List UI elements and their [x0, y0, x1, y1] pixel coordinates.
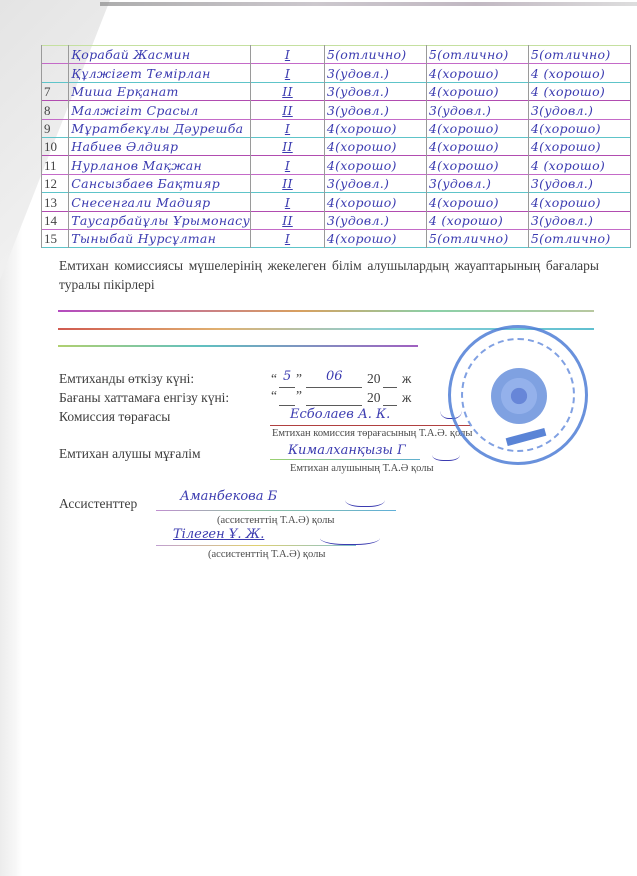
row-number: 9	[44, 121, 51, 136]
grade-1-cell: 4(хорошо)	[324, 156, 426, 174]
comments-heading: Емтихан комиссиясы мүшелерінің жекелеген…	[59, 256, 599, 294]
group-level-cell: II	[251, 82, 325, 100]
row-number-cell: 8	[42, 101, 69, 119]
assistant-2-line	[156, 545, 356, 546]
protocol-day-line	[279, 405, 295, 406]
grade-2-cell: 4(хорошо)	[426, 137, 528, 155]
row-number: 8	[44, 103, 51, 118]
grade-3: 4 (хорошо)	[531, 158, 605, 173]
row-number: 14	[44, 213, 57, 228]
examiner-line	[270, 459, 420, 460]
grade-3-cell: 4 (хорошо)	[528, 156, 630, 174]
student-name: Сансызбаев Бақтияр	[71, 176, 220, 191]
protocol-year-suffix: ж	[402, 390, 411, 406]
table-row: 13Снесенгали МадиярI4(хорошо)4(хорошо)4(…	[42, 193, 631, 211]
grade-2: 4(хорошо)	[429, 158, 499, 173]
assistants-label: Ассистенттер	[59, 496, 137, 512]
grade-1: 3(удовл.)	[327, 213, 389, 228]
student-name: Набиев Әлдияр	[71, 139, 178, 154]
grade-1: 3(удовл.)	[327, 84, 389, 99]
student-name: Құлжігет Темірлан	[71, 66, 210, 81]
row-number-cell: 12	[42, 174, 69, 192]
row-number-cell: 15	[42, 229, 69, 247]
row-number: 10	[44, 139, 57, 154]
group-level: II	[282, 139, 292, 154]
group-level-cell: I	[251, 64, 325, 82]
grade-1: 3(удовл.)	[327, 176, 389, 191]
table-row: 7Миша ЕрқанатII3(удовл.)4(хорошо)4 (хоро…	[42, 82, 631, 100]
grade-3: 5(отлично)	[531, 231, 611, 246]
group-level-cell: I	[251, 46, 325, 64]
grade-1: 5(отлично)	[327, 47, 407, 62]
grade-1: 3(удовл.)	[327, 66, 389, 81]
grade-1: 4(хорошо)	[327, 195, 397, 210]
grade-2-cell: 3(удовл.)	[426, 174, 528, 192]
group-level: II	[282, 103, 292, 118]
student-name-cell: Малжігіт Срасыл	[69, 101, 251, 119]
student-name-cell: Құлжігет Темірлан	[69, 64, 251, 82]
grade-3-cell: 4(хорошо)	[528, 137, 630, 155]
grade-3: 4(хорошо)	[531, 121, 601, 136]
grade-2: 5(отлично)	[429, 231, 509, 246]
student-name: Тыныбай Нурсұлтан	[71, 231, 216, 246]
exam-month-line	[306, 387, 362, 388]
group-level: I	[285, 66, 290, 81]
grade-2-cell: 5(отлично)	[426, 46, 528, 64]
grade-3-cell: 4 (хорошо)	[528, 82, 630, 100]
group-level-cell: II	[251, 137, 325, 155]
table-row: 11Нурланов МақжанI4(хорошо)4(хорошо)4 (х…	[42, 156, 631, 174]
row-number-cell: 13	[42, 193, 69, 211]
protocol-year-prefix: 20	[367, 390, 381, 406]
grade-2: 3(удовл.)	[429, 176, 491, 191]
table-row: Құлжігет ТемірланI3(удовл.)4(хорошо)4 (х…	[42, 64, 631, 82]
grade-1-cell: 4(хорошо)	[324, 137, 426, 155]
exam-day: 5	[283, 369, 291, 384]
student-name: Мұратбекұлы Дәурешба	[71, 121, 243, 136]
grade-1: 4(хорошо)	[327, 158, 397, 173]
grade-2: 4(хорошо)	[429, 66, 499, 81]
assistant-2-caption: (ассистенттің Т.А.Ә) қолы	[208, 549, 325, 560]
examiner-name-handwritten: Кималханқызы Г	[288, 443, 406, 458]
exam-day-line	[279, 387, 295, 388]
grade-2-cell: 4(хорошо)	[426, 82, 528, 100]
student-name-cell: Тыныбай Нурсұлтан	[69, 229, 251, 247]
grade-1: 3(удовл.)	[327, 103, 389, 118]
group-level: I	[285, 195, 290, 210]
grade-2-cell: 3(удовл.)	[426, 101, 528, 119]
grade-2: 4(хорошо)	[429, 121, 499, 136]
student-name-cell: Нурланов Мақжан	[69, 156, 251, 174]
row-number-cell	[42, 64, 69, 82]
grade-2-cell: 4(хорошо)	[426, 119, 528, 137]
grade-1-cell: 4(хорошо)	[324, 119, 426, 137]
row-number-cell: 11	[42, 156, 69, 174]
row-number-cell: 7	[42, 82, 69, 100]
student-name-cell: Набиев Әлдияр	[69, 137, 251, 155]
chairman-name-handwritten: Есболаев А. К.	[290, 407, 390, 422]
exam-date-open-quote: “	[271, 371, 277, 387]
protocol-date-label: Бағаны хаттамаға енгізу күні:	[59, 390, 229, 406]
page-edge	[100, 2, 637, 6]
row-number-cell: 14	[42, 211, 69, 229]
row-number-cell	[42, 46, 69, 64]
assistant-1-handwritten: Аманбекова Б	[180, 489, 277, 504]
table-row: 12Сансызбаев БақтиярII3(удовл.)3(удовл.)…	[42, 174, 631, 192]
grade-1: 4(хорошо)	[327, 139, 397, 154]
exam-date-label: Емтиханды өткізу күні:	[59, 371, 194, 387]
examiner-signature	[432, 446, 460, 461]
grade-2: 4(хорошо)	[429, 195, 499, 210]
grade-3: 4 (хорошо)	[531, 84, 605, 99]
grade-1-cell: 4(хорошо)	[324, 229, 426, 247]
table-row: 10Набиев ӘлдиярII4(хорошо)4(хорошо)4(хор…	[42, 137, 631, 155]
grade-3-cell: 4(хорошо)	[528, 119, 630, 137]
grade-1: 4(хорошо)	[327, 231, 397, 246]
grade-3: 3(удовл.)	[531, 176, 593, 191]
row-number: 13	[44, 195, 57, 210]
table-row: 15Тыныбай НурсұлтанI4(хорошо)5(отлично)5…	[42, 229, 631, 247]
row-number: 7	[44, 84, 51, 99]
grade-3: 4 (хорошо)	[531, 66, 605, 81]
student-name-cell: Снесенгали Мадияр	[69, 193, 251, 211]
protocol-year-line	[383, 405, 397, 406]
grade-2: 4(хорошо)	[429, 84, 499, 99]
grade-2-cell: 5(отлично)	[426, 229, 528, 247]
group-level-cell: I	[251, 119, 325, 137]
chairman-caption: Емтихан комиссия төрағасының Т.А.Ә. қолы	[272, 428, 472, 439]
grade-2-cell: 4(хорошо)	[426, 64, 528, 82]
grade-1-cell: 3(удовл.)	[324, 101, 426, 119]
grade-1-cell: 3(удовл.)	[324, 211, 426, 229]
group-level: II	[282, 213, 292, 228]
grade-1-cell: 3(удовл.)	[324, 174, 426, 192]
group-level: II	[282, 176, 292, 191]
grade-3-cell: 4 (хорошо)	[528, 64, 630, 82]
exam-year-prefix: 20	[367, 371, 381, 387]
exam-date-close-quote: ”	[296, 371, 302, 387]
protocol-month-line	[306, 405, 362, 406]
grade-3: 3(удовл.)	[531, 103, 593, 118]
assistant-1-line	[156, 510, 396, 511]
grade-2: 4(хорошо)	[429, 139, 499, 154]
protocol-date-close-quote: ”	[296, 388, 302, 404]
group-level: I	[285, 47, 290, 62]
grade-1-cell: 3(удовл.)	[324, 64, 426, 82]
student-name-cell: Сансызбаев Бақтияр	[69, 174, 251, 192]
table-row: 8Малжігіт СрасылII3(удовл.)3(удовл.)3(уд…	[42, 101, 631, 119]
assistant-1-signature	[345, 490, 385, 507]
grade-3: 4(хорошо)	[531, 195, 601, 210]
table-row: Қорабай ЖасминI5(отлично)5(отлично)5(отл…	[42, 46, 631, 64]
group-level: II	[282, 84, 292, 99]
group-level-cell: I	[251, 229, 325, 247]
group-level: I	[285, 158, 290, 173]
exam-year-line	[383, 387, 397, 388]
chairman-line	[270, 425, 470, 426]
grades-table: Қорабай ЖасминI5(отлично)5(отлично)5(отл…	[41, 45, 631, 248]
row-number: 15	[44, 231, 57, 246]
grade-1-cell: 5(отлично)	[324, 46, 426, 64]
grade-1: 4(хорошо)	[327, 121, 397, 136]
grade-1-cell: 3(удовл.)	[324, 82, 426, 100]
examiner-caption: Емтихан алушының Т.А.Ә қолы	[290, 463, 434, 474]
student-name-cell: Мұратбекұлы Дәурешба	[69, 119, 251, 137]
grade-2: 5(отлично)	[429, 47, 509, 62]
grade-3-cell: 3(удовл.)	[528, 101, 630, 119]
group-level-cell: II	[251, 101, 325, 119]
group-level-cell: I	[251, 193, 325, 211]
student-name-cell: Таусарбайұлы Ұрымонасу	[69, 211, 251, 229]
grade-3: 5(отлично)	[531, 47, 611, 62]
group-level: I	[285, 231, 290, 246]
grade-3-cell: 5(отлично)	[528, 46, 630, 64]
grade-3-cell: 3(удовл.)	[528, 174, 630, 192]
row-number: 12	[44, 176, 57, 191]
group-level-cell: I	[251, 156, 325, 174]
exam-year-suffix: ж	[402, 371, 411, 387]
exam-month: 06	[326, 369, 343, 384]
row-number: 11	[44, 158, 57, 173]
grade-2: 3(удовл.)	[429, 103, 491, 118]
grade-2-cell: 4(хорошо)	[426, 193, 528, 211]
grade-2-cell: 4(хорошо)	[426, 156, 528, 174]
grade-3-cell: 4(хорошо)	[528, 193, 630, 211]
grade-3: 4(хорошо)	[531, 139, 601, 154]
group-level-cell: II	[251, 174, 325, 192]
student-name-cell: Қорабай Жасмин	[69, 46, 251, 64]
grade-2: 4 (хорошо)	[429, 213, 503, 228]
official-seal-icon	[448, 325, 588, 465]
chairman-label: Комиссия төрағасы	[59, 409, 170, 425]
row-number-cell: 10	[42, 137, 69, 155]
grade-3-cell: 5(отлично)	[528, 229, 630, 247]
assistant-2-signature	[320, 528, 380, 545]
group-level: I	[285, 121, 290, 136]
grade-2-cell: 4 (хорошо)	[426, 211, 528, 229]
grade-3: 3(удовл.)	[531, 213, 593, 228]
emblem-icon	[491, 368, 547, 424]
group-level-cell: II	[251, 211, 325, 229]
student-name: Малжігіт Срасыл	[71, 103, 198, 118]
grade-3-cell: 3(удовл.)	[528, 211, 630, 229]
row-number-cell: 9	[42, 119, 69, 137]
student-name: Миша Ерқанат	[71, 84, 178, 99]
student-name: Таусарбайұлы Ұрымонасу	[71, 213, 250, 228]
student-name: Қорабай Жасмин	[71, 47, 190, 62]
student-name: Нурланов Мақжан	[71, 158, 202, 173]
table-row: 14Таусарбайұлы ҰрымонасуII3(удовл.)4 (хо…	[42, 211, 631, 229]
grade-1-cell: 4(хорошо)	[324, 193, 426, 211]
student-name-cell: Миша Ерқанат	[69, 82, 251, 100]
comment-line-1	[58, 310, 594, 312]
examiner-label: Емтихан алушы мұғалім	[59, 446, 201, 462]
table-row: 9Мұратбекұлы ДәурешбаI4(хорошо)4(хорошо)…	[42, 119, 631, 137]
comment-line-3	[58, 345, 418, 347]
assistant-1-caption: (ассистенттің Т.А.Ә) қолы	[217, 515, 334, 526]
student-name: Снесенгали Мадияр	[71, 195, 210, 210]
seal-bar	[506, 428, 547, 446]
assistant-2-handwritten: Тілеген Ұ. Ж.	[173, 527, 264, 542]
protocol-date-open-quote: “	[271, 388, 277, 404]
